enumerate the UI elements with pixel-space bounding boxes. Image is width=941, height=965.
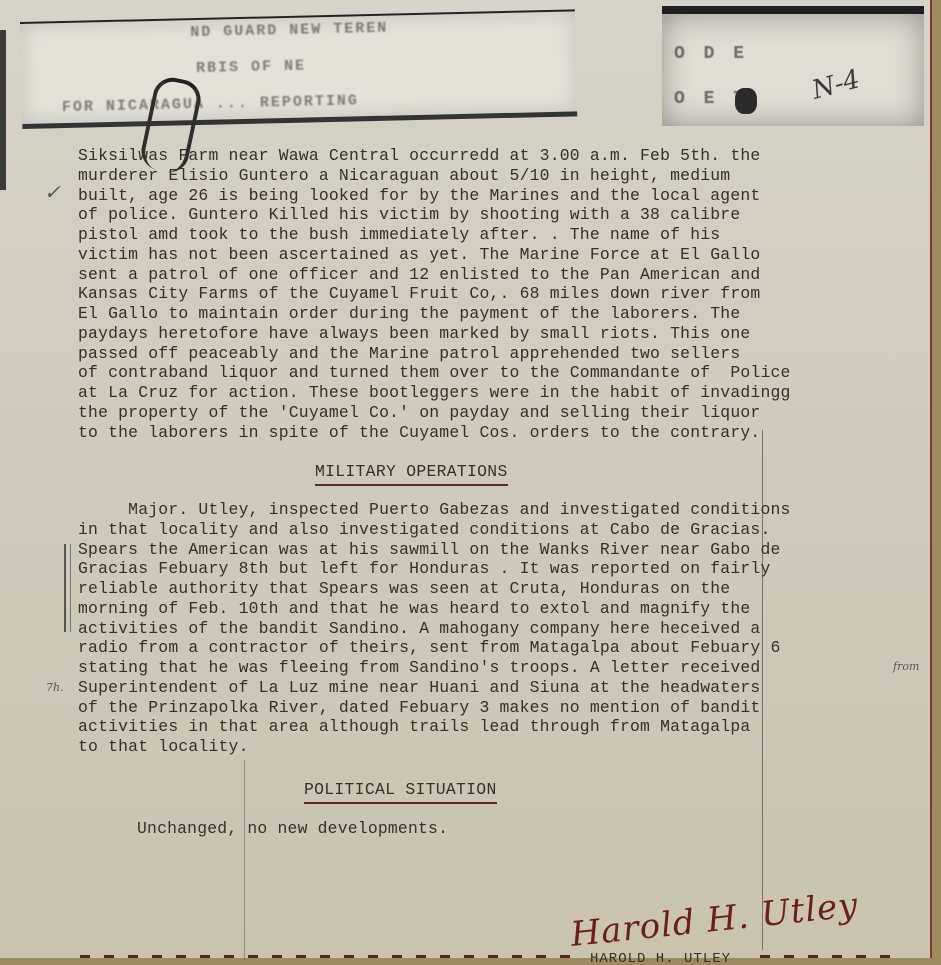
page-left-shadow <box>0 30 6 190</box>
stamp-ghost-text-1: O D E <box>674 44 748 64</box>
text-line: paydays heretofore have always been mark… <box>78 324 750 343</box>
text-line: of contraband liquor and turned them ove… <box>78 363 791 382</box>
text-line: activities in that area although trails … <box>78 717 750 736</box>
header-ghost-text-2: RBIS OF NE <box>196 58 306 77</box>
text-line: built, age 26 is being looked for by the… <box>78 186 760 205</box>
text-line: Kansas City Farms of the Cuyamel Fruit C… <box>78 284 760 303</box>
text-line: murderer Elisio Guntero a Nicaraguan abo… <box>78 166 730 185</box>
document-page: ND GUARD NEW TEREN RBIS OF NE FOR NICARA… <box>0 0 932 958</box>
text-line: Gracias Febuary 8th but left for Hondura… <box>78 559 770 578</box>
text-line: reliable authority that Spears was seen … <box>78 579 730 598</box>
text-line: activities of the bandit Sandino. A maho… <box>78 619 760 638</box>
text-line: Siksilwas Farm near Wawa Central occurre… <box>78 146 760 165</box>
heading-military-operations: MILITARY OPERATIONS <box>315 462 508 486</box>
typed-signature-name: HAROLD H. UTLEY <box>590 951 731 965</box>
header-ghost-text-1: ND GUARD NEW TEREN <box>190 20 388 41</box>
dash-rule-right <box>760 955 900 958</box>
text-line: the property of the 'Cuyamel Co.' on pay… <box>78 403 760 422</box>
paragraph-incident: Siksilwas Farm near Wawa Central occurre… <box>78 146 791 442</box>
fold-line <box>244 760 245 960</box>
text-line: at La Cruz for action. These bootleggers… <box>78 383 791 402</box>
pasted-header-strip: ND GUARD NEW TEREN RBIS OF NE FOR NICARA… <box>20 9 577 129</box>
text-line: of police. Guntero Killed his victim by … <box>78 205 740 224</box>
margin-note-left: 7h. <box>46 681 64 694</box>
text-line: sent a patrol of one officer and 12 enli… <box>78 265 760 284</box>
text-line: in that locality and also investigated c… <box>78 520 770 539</box>
dash-rule-left <box>80 955 580 958</box>
text-line: passed off peaceably and the Marine patr… <box>78 344 740 363</box>
text-line: morning of Feb. 10th and that he was hea… <box>78 599 750 618</box>
ink-blot <box>735 88 757 114</box>
handwritten-signature: Harold H. Utley <box>569 885 860 955</box>
text-line: Superintendent of La Luz mine near Huani… <box>78 678 760 697</box>
margin-bracket-mark <box>64 544 71 632</box>
text-line: of the Prinzapolka River, dated Febuary … <box>78 698 760 717</box>
text-line: stating that he was fleeing from Sandino… <box>78 658 760 677</box>
text-line: to the laborers in spite of the Cuyamel … <box>78 423 760 442</box>
heading-political-situation: POLITICAL SITUATION <box>304 780 497 804</box>
text-line: radio from a contractor of theirs, sent … <box>78 638 781 657</box>
margin-note-from: from <box>893 660 919 673</box>
paragraph-military: Major. Utley, inspected Puerto Gabezas a… <box>78 500 791 757</box>
stamp-strip: O D E O E T <box>662 6 924 126</box>
text-line: Spears the American was at his sawmill o… <box>78 540 781 559</box>
text-line: to that locality. <box>78 737 249 756</box>
text-line: Major. Utley, inspected Puerto Gabezas a… <box>78 500 791 519</box>
text-line: victim has not been ascertained as yet. … <box>78 245 760 264</box>
text-line: El Gallo to maintain order during the pa… <box>78 304 740 323</box>
header-ghost-text-3: FOR NICARAGUA ... REPORTING <box>62 92 359 116</box>
text-line: pistol amd took to the bush immediately … <box>78 225 720 244</box>
margin-checkmark: ✓ <box>44 180 61 204</box>
paragraph-political: Unchanged, no new developments. <box>137 819 448 839</box>
